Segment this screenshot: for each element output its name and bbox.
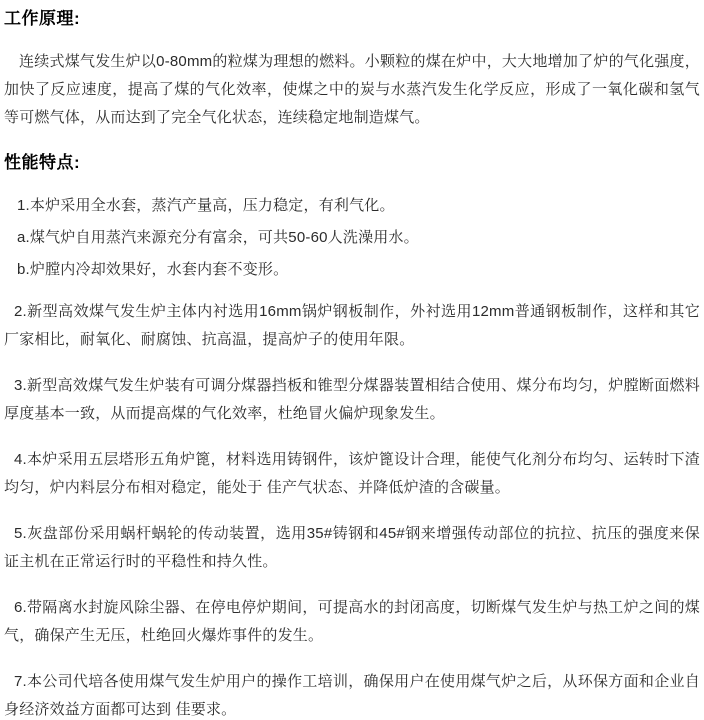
feature-item-1b: b.炉膛内冷却效果好，水套内套不变形。 — [4, 256, 700, 284]
heading-performance-features: 性能特点: — [4, 152, 700, 174]
feature-item-3: 3.新型高效煤气发生炉装有可调分煤器挡板和锥型分煤器装置相结合使用、煤分布均匀，… — [4, 372, 700, 428]
feature-item-6: 6.带隔离水封旋风除尘器、在停电停炉期间，可提高水的封闭高度，切断煤气发生炉与热… — [4, 594, 700, 650]
feature-item-7: 7.本公司代培各使用煤气发生炉用户的操作工培训，确保用户在使用煤气炉之后，从环保… — [4, 668, 700, 720]
feature-item-2: 2.新型高效煤气发生炉主体内衬选用16mm锅炉钢板制作，外衬选用12mm普通钢板… — [4, 298, 700, 354]
heading-working-principle: 工作原理: — [4, 8, 700, 30]
document-body: 工作原理: 连续式煤气发生炉以0-80mm的粒煤为理想的燃料。小颗粒的煤在炉中，… — [0, 0, 704, 720]
feature-item-1a: a.煤气炉自用蒸汽来源充分有富余，可共50-60人洗澡用水。 — [4, 224, 700, 252]
working-principle-paragraph: 连续式煤气发生炉以0-80mm的粒煤为理想的燃料。小颗粒的煤在炉中，大大地增加了… — [4, 48, 700, 132]
feature-item-5: 5.灰盘部份采用蜗杆蜗轮的传动装置，选用35#铸钢和45#钢来增强传动部位的抗拉… — [4, 520, 700, 576]
feature-item-4: 4.本炉采用五层塔形五角炉篦，材料选用铸钢件，该炉篦设计合理，能使气化剂分布均匀… — [4, 446, 700, 502]
feature-item-1: 1.本炉采用全水套，蒸汽产量高，压力稳定，有利气化。 — [4, 192, 700, 220]
